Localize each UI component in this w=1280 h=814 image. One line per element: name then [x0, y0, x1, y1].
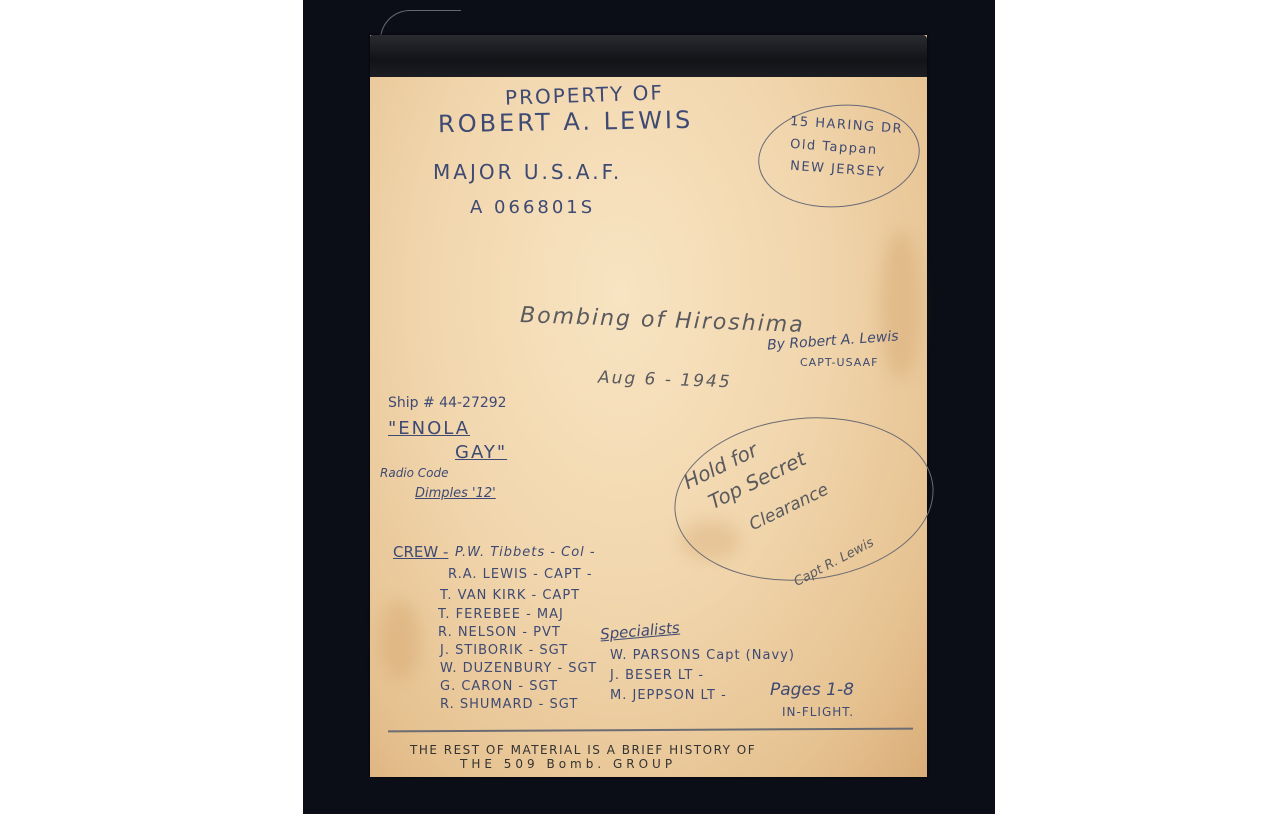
byline-rank: CAPT-USAAF — [800, 356, 878, 369]
page-stain — [880, 230, 920, 380]
specialist: M. JEPPSON LT - — [610, 688, 727, 703]
aircraft-name-2: GAY" — [455, 442, 507, 463]
inflight-note: IN-FLIGHT. — [782, 705, 854, 719]
aircraft-name-1: "ENOLA — [388, 418, 470, 439]
crew-member: R.A. LEWIS - CAPT - — [448, 567, 593, 582]
crew-member: J. STIBORIK - SGT — [440, 643, 568, 658]
crew-member: R. SHUMARD - SGT — [440, 697, 578, 712]
owner-name: ROBERT A. LEWIS — [438, 106, 694, 138]
specialist: W. PARSONS Capt (Navy) — [610, 648, 795, 663]
footer-line-1: THE REST OF MATERIAL IS A BRIEF HISTORY … — [410, 743, 756, 757]
crew-member: T. VAN KIRK - CAPT — [440, 588, 580, 603]
crew-label: CREW - — [393, 543, 448, 561]
crew-member: R. NELSON - PVT — [438, 625, 561, 640]
pages-note: Pages 1-8 — [770, 680, 854, 700]
page-stain — [380, 600, 420, 680]
crew-member: T. FEREBEE - MAJ — [438, 607, 564, 622]
crew-member: G. CARON - SGT — [440, 679, 558, 694]
crew-member: W. DUZENBURY - SGT — [440, 661, 597, 676]
specialist: J. BESER LT - — [610, 668, 704, 683]
radio-code-label: Radio Code — [380, 466, 449, 480]
ship-number: Ship # 44-27292 — [388, 395, 507, 411]
notebook-binding — [370, 35, 927, 77]
owner-rank: MAJOR U.S.A.F. — [433, 160, 622, 184]
crew-member: P.W. Tibbets - Col - — [455, 545, 596, 560]
radio-code: Dimples '12' — [415, 486, 496, 501]
footer-line-2: THE 509 Bomb. GROUP — [460, 757, 676, 771]
owner-serial: A 066801S — [470, 197, 595, 218]
